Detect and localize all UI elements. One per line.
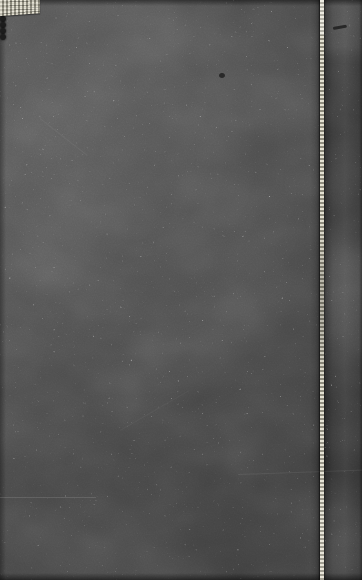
binding-stitches xyxy=(0,0,40,40)
scratch xyxy=(0,497,96,498)
thread-knot xyxy=(0,34,6,40)
dark-spot xyxy=(219,73,225,78)
edge-vignette xyxy=(0,0,362,580)
book-cover-photo xyxy=(0,0,362,580)
vertical-binding-thread xyxy=(320,0,324,580)
